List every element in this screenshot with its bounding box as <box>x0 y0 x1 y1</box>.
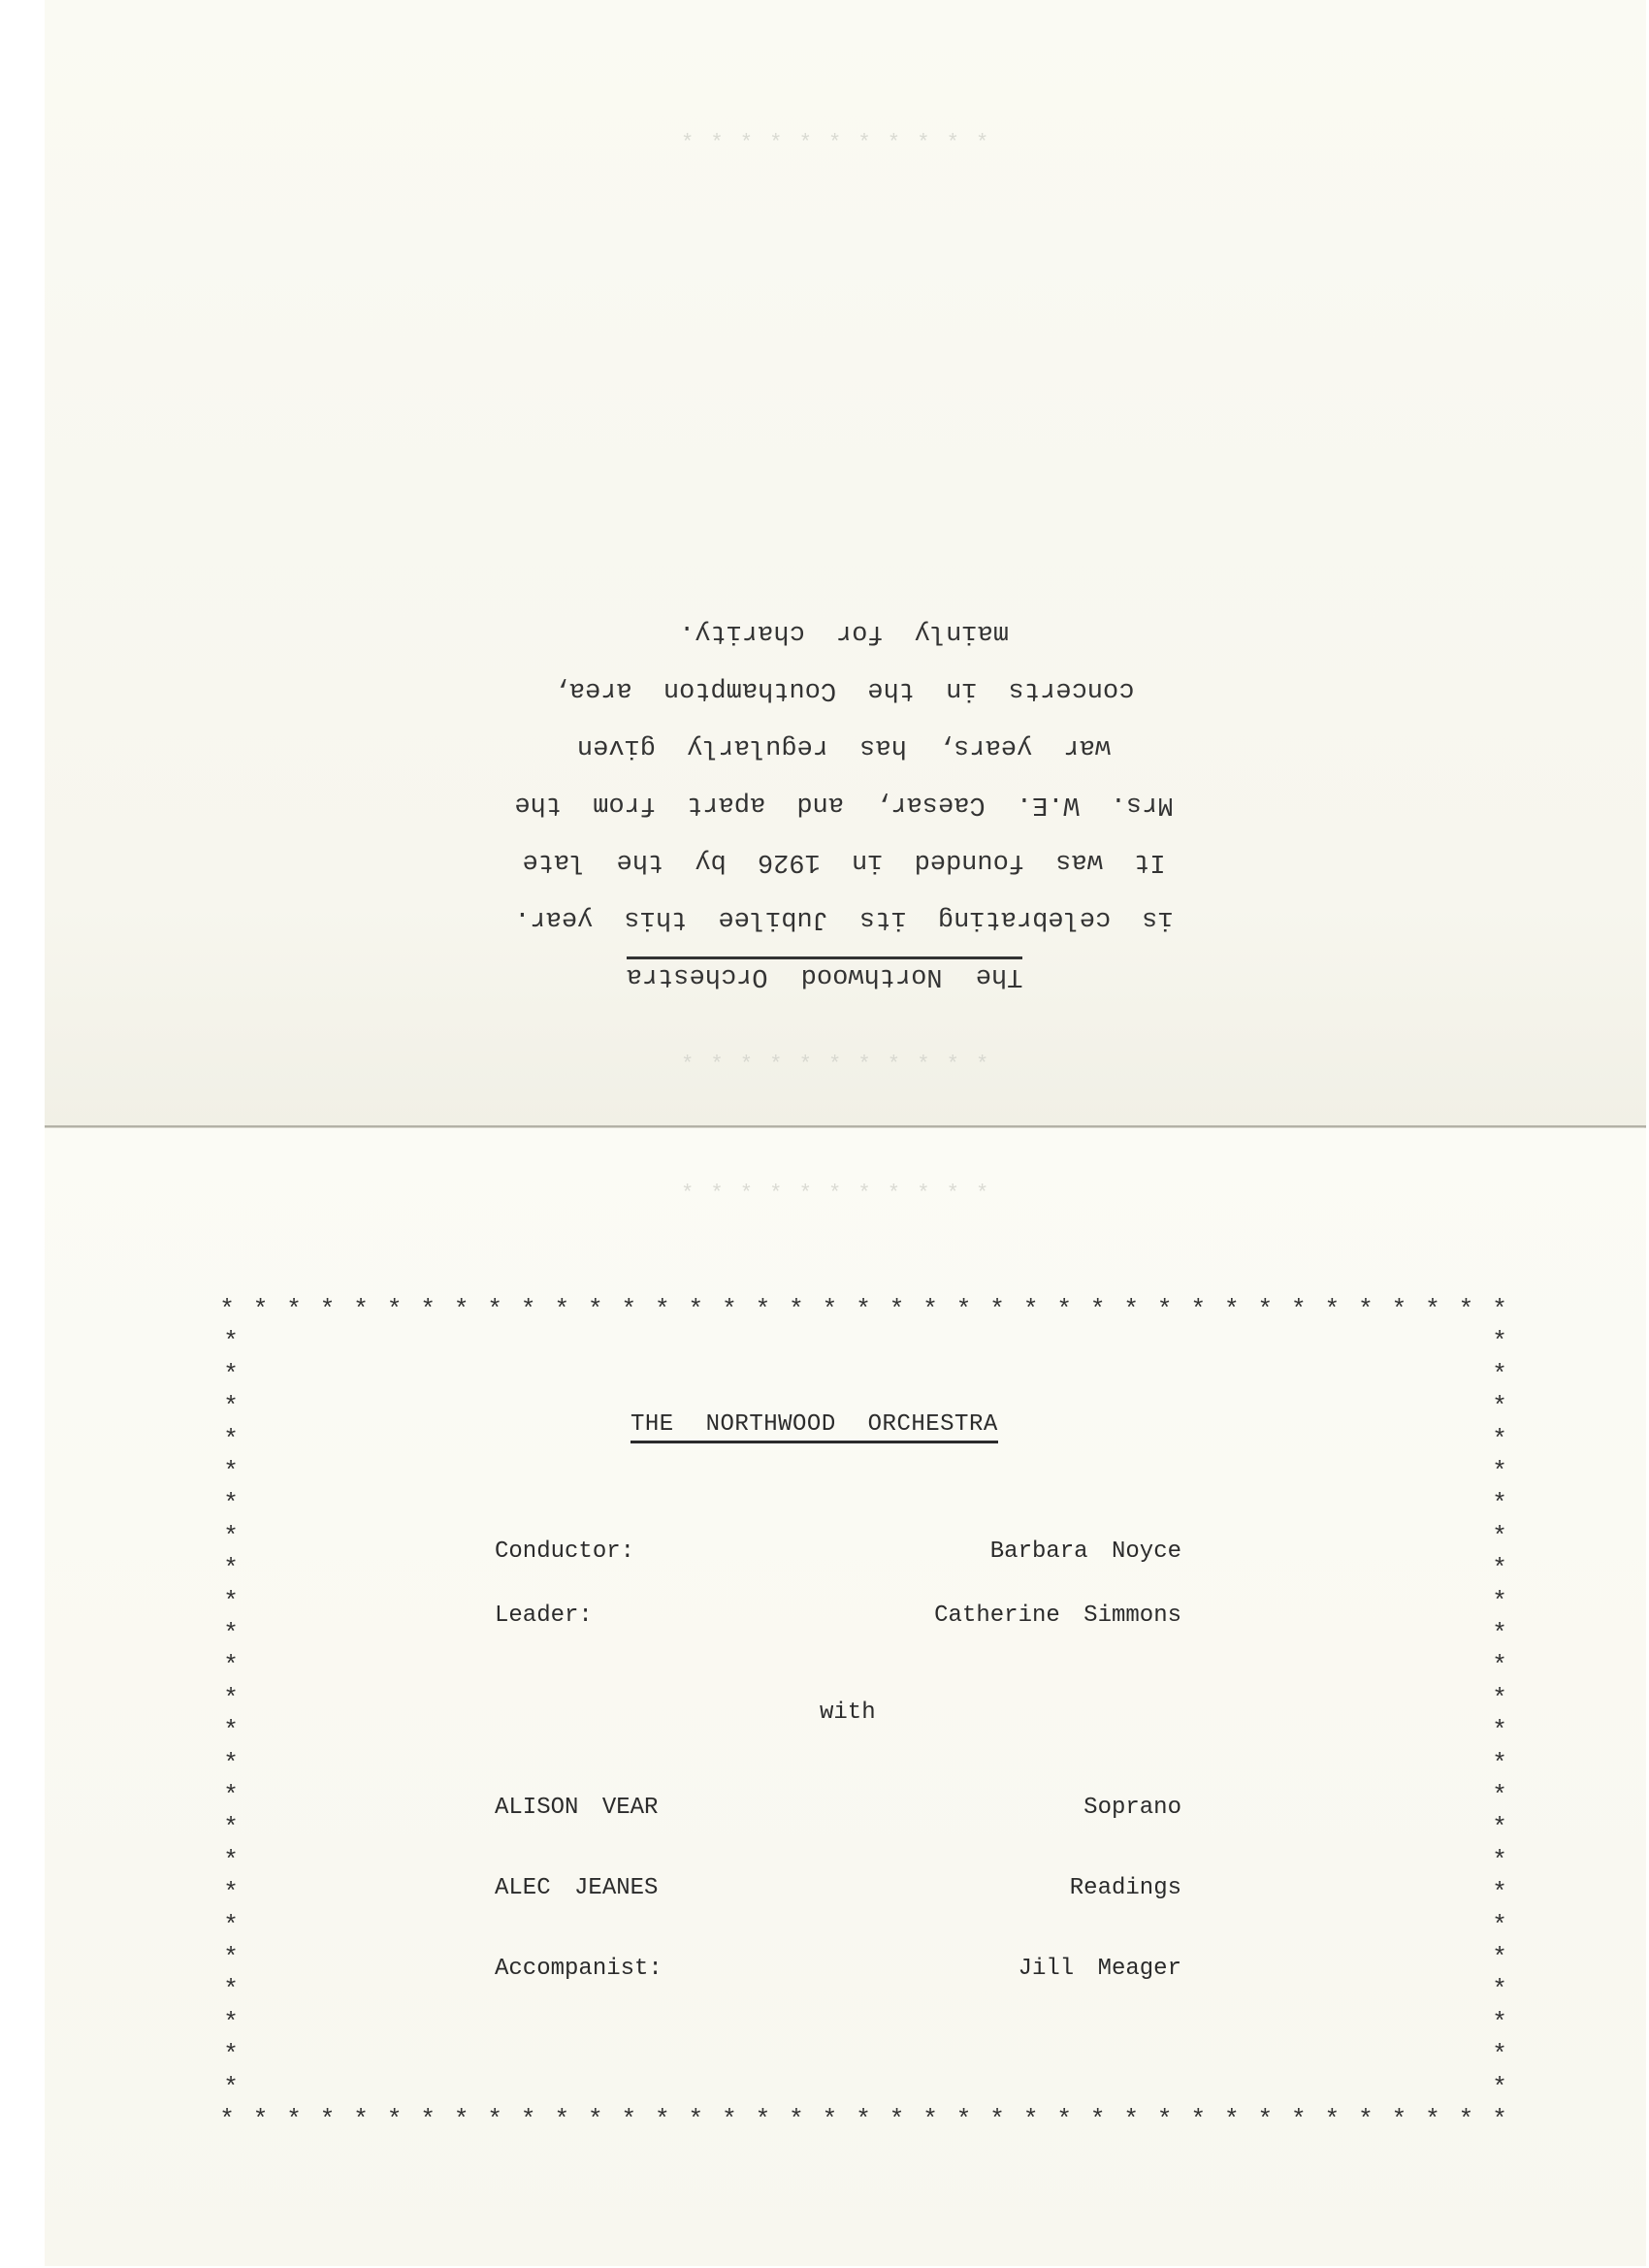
asterisk-glyph: * <box>221 1783 241 1808</box>
asterisk-glyph: * <box>1155 2107 1175 2132</box>
asterisk-glyph: * <box>820 2107 839 2132</box>
asterisk-glyph: * <box>385 1297 404 1322</box>
asterisk-glyph: * <box>1490 1394 1509 1419</box>
asterisk-glyph: * <box>1188 1297 1208 1322</box>
asterisk-glyph: * <box>418 1297 437 1322</box>
asterisk-glyph: * <box>221 1589 241 1614</box>
credit-role: Leader: <box>495 1603 593 1629</box>
asterisk-glyph: * <box>1423 1297 1442 1322</box>
asterisk-glyph: * <box>1490 1977 1509 2002</box>
asterisk-glyph: * <box>1490 1751 1509 1776</box>
asterisk-glyph: * <box>921 1297 940 1322</box>
asterisk-glyph: * <box>221 1556 241 1581</box>
asterisk-glyph: * <box>1490 2107 1509 2132</box>
asterisk-glyph: * <box>820 1297 839 1322</box>
asterisk-glyph: * <box>888 2107 907 2132</box>
inverted-line: is celebrating its Jubilee this year. <box>504 890 1183 947</box>
asterisk-glyph: * <box>1490 1686 1509 1711</box>
asterisk-glyph: * <box>221 1913 241 1938</box>
asterisk-glyph: * <box>221 1945 241 1970</box>
asterisk-glyph: * <box>221 1524 241 1549</box>
asterisk-glyph: * <box>221 2010 241 2035</box>
asterisk-glyph: * <box>452 1297 471 1322</box>
asterisk-glyph: * <box>1222 2107 1242 2132</box>
asterisk-glyph: * <box>1490 1621 1509 1646</box>
asterisk-glyph: * <box>1490 2042 1509 2067</box>
inverted-line: Mrs. W.E. Caesar, and apart from the <box>504 775 1183 832</box>
asterisk-glyph: * <box>318 2107 338 2132</box>
asterisk-glyph: * <box>1490 1491 1509 1516</box>
asterisk-glyph: * <box>221 2075 241 2100</box>
asterisk-glyph: * <box>1490 1329 1509 1354</box>
asterisk-glyph: * <box>221 1718 241 1743</box>
asterisk-glyph: * <box>1490 1362 1509 1387</box>
asterisk-glyph: * <box>987 1297 1007 1322</box>
asterisk-glyph: * <box>221 2042 241 2067</box>
credit-role: Conductor: <box>495 1539 634 1565</box>
asterisk-glyph: * <box>1255 1297 1275 1322</box>
asterisk-glyph: * <box>1490 1718 1509 1743</box>
asterisk-glyph: * <box>1289 1297 1309 1322</box>
asterisk-glyph: * <box>221 1329 241 1354</box>
ghost-asterisk-row-lower: * * * * * * * * * * * <box>679 1182 988 1206</box>
asterisk-glyph: * <box>1322 2107 1342 2132</box>
asterisk-glyph: * <box>720 2107 739 2132</box>
performer-role: Soprano <box>1083 1795 1181 1821</box>
asterisk-glyph: * <box>1490 1815 1509 1840</box>
inverted-line: concerts in the Couthampton area, <box>504 661 1183 718</box>
asterisk-glyph: * <box>1322 1297 1342 1322</box>
asterisk-glyph: * <box>1423 2107 1442 2132</box>
asterisk-glyph: * <box>217 1297 237 1322</box>
asterisk-glyph: * <box>217 2107 237 2132</box>
asterisk-glyph: * <box>251 2107 271 2132</box>
asterisk-glyph: * <box>318 1297 338 1322</box>
asterisk-glyph: * <box>787 2107 806 2132</box>
asterisk-glyph: * <box>552 1297 571 1322</box>
performer-role: Jill Meager <box>1018 1956 1181 1982</box>
asterisk-glyph: * <box>485 1297 504 1322</box>
asterisk-glyph: * <box>921 2107 940 2132</box>
asterisk-glyph: * <box>221 1653 241 1678</box>
asterisk-glyph: * <box>221 1751 241 1776</box>
asterisk-glyph: * <box>221 1394 241 1419</box>
asterisk-glyph: * <box>1255 2107 1275 2132</box>
asterisk-glyph: * <box>1490 2075 1509 2100</box>
asterisk-glyph: * <box>1456 2107 1475 2132</box>
asterisk-glyph: * <box>418 2107 437 2132</box>
performer-row-soprano: ALISON VEAR Soprano <box>495 1795 1181 1821</box>
asterisk-glyph: * <box>1389 1297 1408 1322</box>
asterisk-glyph: * <box>1289 2107 1309 2132</box>
asterisk-glyph: * <box>552 2107 571 2132</box>
asterisk-glyph: * <box>1490 1589 1509 1614</box>
asterisk-glyph: * <box>787 1297 806 1322</box>
inverted-line: war years, has regularly given <box>504 718 1183 775</box>
asterisk-glyph: * <box>221 1491 241 1516</box>
asterisk-glyph: * <box>1490 1556 1509 1581</box>
asterisk-glyph: * <box>1021 2107 1041 2132</box>
asterisk-glyph: * <box>221 1686 241 1711</box>
performer-row-accompanist: Accompanist: Jill Meager <box>495 1956 1181 1982</box>
inverted-title: The Northwood Orchestra <box>504 947 1183 1004</box>
asterisk-glyph: * <box>1121 1297 1141 1322</box>
asterisk-glyph: * <box>221 1848 241 1873</box>
asterisk-glyph: * <box>720 1297 739 1322</box>
with-label: with <box>820 1700 876 1726</box>
asterisk-glyph: * <box>1155 1297 1175 1322</box>
asterisk-glyph: * <box>284 1297 304 1322</box>
asterisk-glyph: * <box>586 2107 605 2132</box>
asterisk-glyph: * <box>221 1977 241 2002</box>
asterisk-glyph: * <box>1490 1945 1509 1970</box>
asterisk-glyph: * <box>221 1621 241 1646</box>
asterisk-glyph: * <box>686 1297 705 1322</box>
asterisk-glyph: * <box>221 1815 241 1840</box>
asterisk-glyph: * <box>854 2107 873 2132</box>
asterisk-glyph: * <box>1088 1297 1108 1322</box>
credit-name: Catherine Simmons <box>934 1603 1181 1629</box>
asterisk-glyph: * <box>954 1297 974 1322</box>
asterisk-glyph: * <box>1490 1459 1509 1484</box>
asterisk-glyph: * <box>1054 2107 1074 2132</box>
asterisk-glyph: * <box>1456 1297 1475 1322</box>
asterisk-glyph: * <box>1356 2107 1375 2132</box>
asterisk-glyph: * <box>221 1362 241 1387</box>
asterisk-glyph: * <box>1490 1848 1509 1873</box>
asterisk-glyph: * <box>888 1297 907 1322</box>
asterisk-glyph: * <box>753 2107 772 2132</box>
asterisk-glyph: * <box>221 1427 241 1452</box>
asterisk-glyph: * <box>586 1297 605 1322</box>
asterisk-glyph: * <box>251 1297 271 1322</box>
credit-name: Barbara Noyce <box>990 1539 1181 1565</box>
asterisk-glyph: * <box>284 2107 304 2132</box>
asterisk-glyph: * <box>1054 1297 1074 1322</box>
asterisk-glyph: * <box>351 2107 371 2132</box>
asterisk-glyph: * <box>954 2107 974 2132</box>
inverted-line: mainly for charity. <box>504 603 1183 661</box>
ghost-asterisk-row-top: * * * * * * * * * * * <box>679 131 988 155</box>
asterisk-glyph: * <box>619 1297 638 1322</box>
performer-row-readings: ALEC JEANES Readings <box>495 1875 1181 1901</box>
credit-row-leader: Leader: Catherine Simmons <box>495 1603 1181 1629</box>
asterisk-glyph: * <box>619 2107 638 2132</box>
inverted-line: It was founded in 1926 by the late <box>504 832 1183 890</box>
asterisk-glyph: * <box>452 2107 471 2132</box>
asterisk-glyph: * <box>1188 2107 1208 2132</box>
asterisk-glyph: * <box>221 1459 241 1484</box>
asterisk-glyph: * <box>1490 1653 1509 1678</box>
performer-name: ALEC JEANES <box>495 1875 658 1901</box>
inverted-jubilee-notice: The Northwood Orchestra is celebrating i… <box>504 567 1183 1004</box>
asterisk-glyph: * <box>1121 2107 1141 2132</box>
asterisk-glyph: * <box>1021 1297 1041 1322</box>
performer-name: Accompanist: <box>495 1956 663 1982</box>
asterisk-glyph: * <box>1088 2107 1108 2132</box>
asterisk-glyph: * <box>653 2107 672 2132</box>
asterisk-glyph: * <box>519 2107 538 2132</box>
credit-row-conductor: Conductor: Barbara Noyce <box>495 1539 1181 1565</box>
asterisk-glyph: * <box>519 1297 538 1322</box>
asterisk-glyph: * <box>686 2107 705 2132</box>
asterisk-glyph: * <box>351 1297 371 1322</box>
asterisk-glyph: * <box>753 1297 772 1322</box>
asterisk-glyph: * <box>1356 1297 1375 1322</box>
asterisk-glyph: * <box>385 2107 404 2132</box>
front-title: THE NORTHWOOD ORCHESTRA <box>630 1411 998 1443</box>
asterisk-glyph: * <box>1490 1913 1509 1938</box>
asterisk-glyph: * <box>1490 2010 1509 2035</box>
performer-name: ALISON VEAR <box>495 1795 658 1821</box>
asterisk-glyph: * <box>221 1880 241 1905</box>
ghost-asterisk-row-mid: * * * * * * * * * * * <box>679 1053 988 1077</box>
performer-role: Readings <box>1070 1875 1181 1901</box>
asterisk-glyph: * <box>1490 1297 1509 1322</box>
paper-sheet <box>45 0 1646 2266</box>
fold-crease <box>45 1125 1646 1128</box>
asterisk-glyph: * <box>653 1297 672 1322</box>
asterisk-glyph: * <box>1490 1880 1509 1905</box>
asterisk-glyph: * <box>1490 1783 1509 1808</box>
asterisk-glyph: * <box>1389 2107 1408 2132</box>
asterisk-glyph: * <box>987 2107 1007 2132</box>
asterisk-glyph: * <box>485 2107 504 2132</box>
asterisk-glyph: * <box>854 1297 873 1322</box>
asterisk-glyph: * <box>1490 1524 1509 1549</box>
asterisk-glyph: * <box>1222 1297 1242 1322</box>
asterisk-glyph: * <box>1490 1427 1509 1452</box>
